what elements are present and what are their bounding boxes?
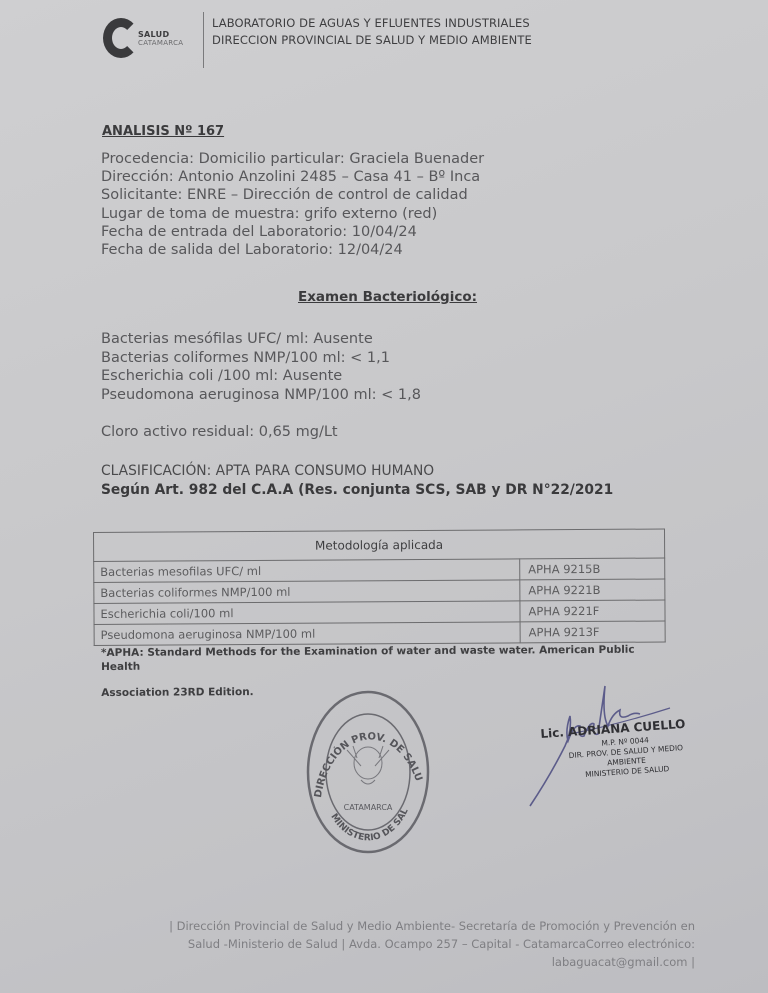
logo-text-salud: SALUD	[138, 30, 169, 39]
stamp-seal-icon: DIRECCIÓN PROV. DE SALUD Y MEDIO AMBIENT…	[303, 688, 433, 856]
logo-text-catamarca: CATAMARCA	[138, 39, 183, 47]
classification: CLASIFICACIÓN: APTA PARA CONSUMO HUMANO …	[101, 462, 613, 500]
apha-note-line-1: *APHA: Standard Methods for the Examinat…	[101, 643, 661, 674]
param-cell: Bacterias mesofilas UFC/ ml	[94, 559, 520, 583]
classification-line-1: CLASIFICACIÓN: APTA PARA CONSUMO HUMANO	[101, 462, 613, 481]
info-fecha-entrada: Fecha de entrada del Laboratorio: 10/04/…	[101, 223, 484, 241]
page-footer: | Dirección Provincial de Salud y Medio …	[110, 917, 695, 971]
info-direccion: Dirección: Antonio Anzolini 2485 – Casa …	[101, 168, 484, 186]
official-stamp: DIRECCIÓN PROV. DE SALUD Y MEDIO AMBIENT…	[303, 688, 433, 856]
analysis-title: ANALISIS Nº 167	[102, 124, 224, 139]
salud-catamarca-logo: SALUD CATAMARCA	[103, 18, 203, 64]
info-lugar: Lugar de toma de muestra: grifo externo …	[101, 205, 484, 223]
bacteriological-results: Bacterias mesófilas UFC/ ml: Ausente Bac…	[101, 330, 421, 404]
header-divider	[203, 12, 204, 68]
methodology-table: Metodología aplicada Bacterias mesofilas…	[93, 529, 666, 646]
table-row: Pseudomona aeruginosa NMP/100 ml APHA 92…	[94, 621, 665, 645]
result-mesofilas: Bacterias mesófilas UFC/ ml: Ausente	[101, 330, 421, 349]
info-solicitante: Solicitante: ENRE – Dirección de control…	[101, 186, 484, 204]
method-cell: APHA 9221B	[520, 579, 665, 601]
param-cell: Pseudomona aeruginosa NMP/100 ml	[94, 622, 520, 646]
section-title: Examen Bacteriológico:	[298, 289, 477, 305]
method-cell: APHA 9213F	[520, 621, 665, 643]
header-line-2: DIRECCION PROVINCIAL DE SALUD Y MEDIO AM…	[212, 32, 532, 49]
param-cell: Bacterias coliformes NMP/100 ml	[94, 580, 520, 604]
method-cell: APHA 9221F	[520, 600, 665, 622]
logo-c-icon	[103, 18, 139, 58]
info-fecha-salida: Fecha de salida del Laboratorio: 12/04/2…	[101, 241, 484, 259]
result-coliformes: Bacterias coliformes NMP/100 ml: < 1,1	[101, 349, 421, 368]
classification-line-2: Según Art. 982 del C.A.A (Res. conjunta …	[101, 481, 613, 500]
svg-text:CATAMARCA: CATAMARCA	[344, 803, 393, 812]
sample-info: Procedencia: Domicilio particular: Graci…	[101, 150, 484, 259]
cloro-residual: Cloro activo residual: 0,65 mg/Lt	[101, 424, 338, 440]
param-cell: Escherichia coli/100 ml	[94, 601, 520, 625]
info-procedencia: Procedencia: Domicilio particular: Graci…	[101, 150, 484, 168]
header-title: LABORATORIO DE AGUAS Y EFLUENTES INDUSTR…	[212, 15, 532, 49]
footer-line-2: Salud -Ministerio de Salud | Avda. Ocamp…	[110, 935, 695, 953]
result-ecoli: Escherichia coli /100 ml: Ausente	[101, 367, 421, 386]
method-cell: APHA 9215B	[520, 558, 665, 580]
result-pseudomona: Pseudomona aeruginosa NMP/100 ml: < 1,8	[101, 386, 421, 405]
footer-email: labaguacat@gmail.com |	[110, 953, 695, 971]
header-line-1: LABORATORIO DE AGUAS Y EFLUENTES INDUSTR…	[212, 15, 532, 32]
methodology-title: Metodología aplicada	[94, 529, 665, 561]
footer-line-1: | Dirección Provincial de Salud y Medio …	[110, 917, 695, 935]
